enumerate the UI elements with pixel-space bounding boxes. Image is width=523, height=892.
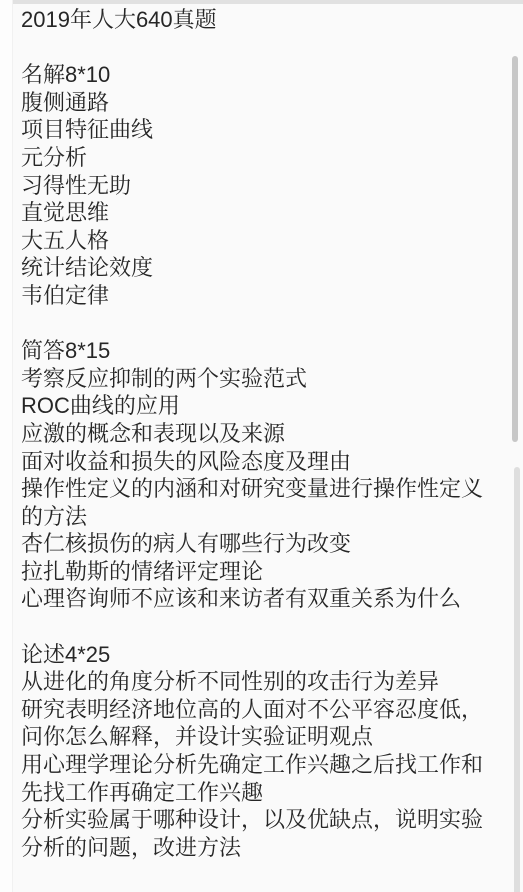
question-item: 拉扎勒斯的情绪评定理论 bbox=[21, 558, 491, 586]
question-section: 名解8*10腹侧通路项目特征曲线元分析习得性无助直觉思维大五人格统计结论效度韦伯… bbox=[21, 61, 491, 309]
scrollbar-thumb[interactable] bbox=[512, 56, 518, 442]
question-item: 统计结论效度 bbox=[21, 254, 491, 282]
question-item: 腹侧通路 bbox=[21, 89, 491, 117]
question-item: 面对收益和损失的风险态度及理由 bbox=[21, 448, 491, 476]
question-item: 习得性无助 bbox=[21, 172, 491, 200]
question-item: 杏仁核损伤的病人有哪些行为改变 bbox=[21, 530, 491, 558]
question-item: 项目特征曲线 bbox=[21, 116, 491, 144]
section-header: 论述4*25 bbox=[21, 641, 491, 669]
question-item: 考察反应抑制的两个实验范式 bbox=[21, 365, 491, 393]
question-sections: 名解8*10腹侧通路项目特征曲线元分析习得性无助直觉思维大五人格统计结论效度韦伯… bbox=[21, 61, 491, 861]
document-title: 2019年人大640真题 bbox=[21, 6, 491, 34]
question-item: 心理咨询师不应该和来访者有双重关系为什么 bbox=[21, 585, 491, 613]
section-header: 简答8*15 bbox=[21, 337, 491, 365]
note-document: 2019年人大640真题 名解8*10腹侧通路项目特征曲线元分析习得性无助直觉思… bbox=[21, 6, 491, 861]
question-item: 直觉思维 bbox=[21, 199, 491, 227]
section-header: 名解8*10 bbox=[21, 61, 491, 89]
question-section: 论述4*25从进化的角度分析不同性别的攻击行为差异研究表明经济地位高的人面对不公… bbox=[21, 641, 491, 862]
question-item: 操作性定义的内涵和对研究变量进行操作性定义的方法 bbox=[21, 475, 491, 530]
question-item: 韦伯定律 bbox=[21, 282, 491, 310]
question-item: 用心理学理论分析先确定工作兴趣之后找工作和先找工作再确定工作兴趣 bbox=[21, 751, 491, 806]
question-item: 从进化的角度分析不同性别的攻击行为差异 bbox=[21, 668, 491, 696]
page-left-margin-band bbox=[0, 0, 13, 892]
question-section: 简答8*15考察反应抑制的两个实验范式ROC曲线的应用应激的概念和表现以及来源面… bbox=[21, 337, 491, 613]
question-item: 应激的概念和表现以及来源 bbox=[21, 420, 491, 448]
top-divider-strip bbox=[13, 0, 523, 4]
question-item: 研究表明经济地位高的人面对不公平容忍度低，问你怎么解释，并设计实验证明观点 bbox=[21, 696, 491, 751]
question-item: ROC曲线的应用 bbox=[21, 392, 491, 420]
scrollbar-track[interactable] bbox=[514, 467, 520, 892]
question-item: 大五人格 bbox=[21, 227, 491, 255]
question-item: 元分析 bbox=[21, 144, 491, 172]
question-item: 分析实验属于哪种设计，以及优缺点，说明实验分析的问题，改进方法 bbox=[21, 806, 491, 861]
